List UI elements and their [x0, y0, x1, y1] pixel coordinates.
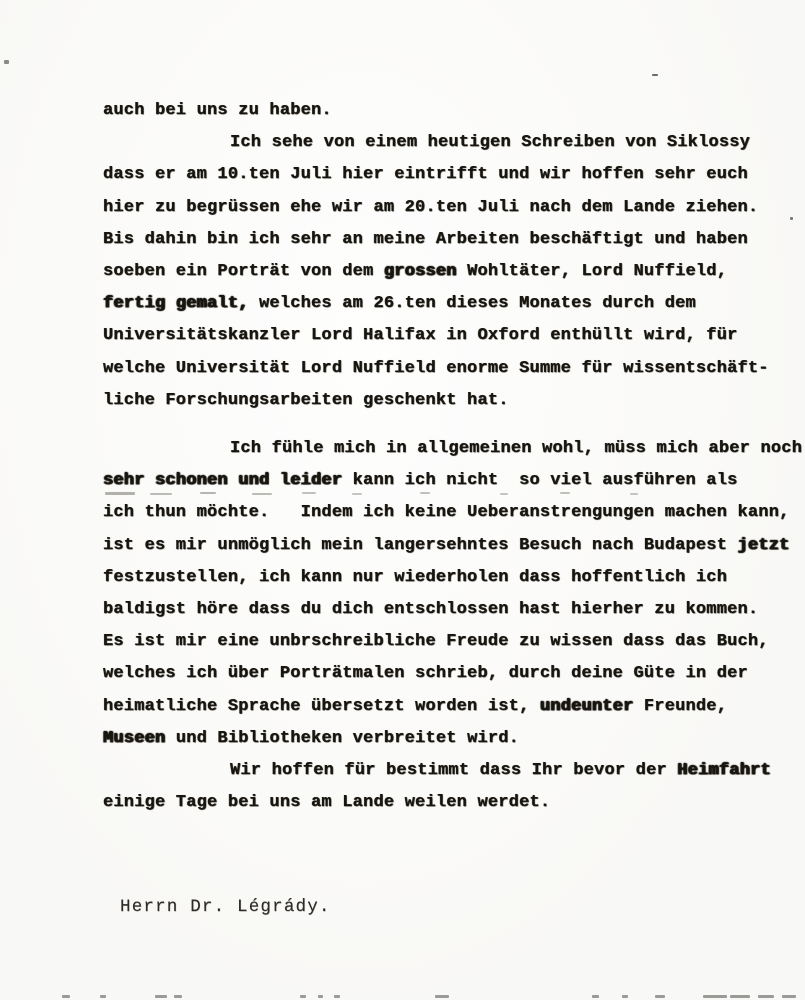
letter-text-segment: baldigst höre dass du dich entschlossen …	[103, 600, 758, 619]
bottom-edge-dash	[435, 995, 449, 998]
bottom-edge-dash	[655, 995, 665, 998]
letter-line: welche Universität Lord Nuffield enorme …	[103, 353, 803, 385]
overstruck-text-segment: fertig gemalt,	[103, 294, 249, 313]
bottom-edge-dash	[782, 995, 796, 998]
scan-speck	[252, 493, 272, 495]
bottom-edge-dash	[334, 995, 340, 998]
scan-speck	[150, 493, 172, 495]
letter-text-segment: ich thun möchte. Indem ich keine Ueberan…	[103, 503, 790, 522]
scan-speck	[652, 74, 658, 76]
letter-line: Ich fühle mich in allgemeinen wohl, müss…	[103, 433, 803, 465]
bottom-edge-dash	[703, 995, 727, 998]
bottom-edge-dash	[62, 995, 70, 998]
bottom-edge-dash	[174, 995, 182, 998]
letter-line: ist es mir unmöglich mein langersehntes …	[103, 530, 803, 562]
bottom-edge-dash	[730, 995, 750, 998]
scan-speck	[352, 493, 362, 495]
scan-speck	[420, 492, 430, 494]
letter-text-segment: welches am 26.ten dieses Monates durch d…	[249, 294, 696, 313]
scan-speck	[302, 492, 316, 494]
scan-speck	[4, 60, 9, 64]
letter-line: Es ist mir eine unbrschreibliche Freude …	[103, 626, 803, 658]
letter-text-segment: Ich fühle mich in allgemeinen wohl, müss…	[230, 439, 802, 458]
overstruck-text-segment: undeunter	[540, 697, 634, 716]
letter-line: Museen und Bibliotheken verbreitet wird.	[103, 723, 803, 755]
letter-line: ich thun möchte. Indem ich keine Ueberan…	[103, 497, 803, 529]
letter-text-segment: und Bibliotheken verbreitet wird.	[165, 729, 519, 748]
letter-text-segment: Freunde,	[634, 697, 728, 716]
bottom-edge-dash	[622, 995, 628, 998]
bottom-edge-dash	[300, 995, 306, 998]
bottom-edge-dash	[592, 995, 599, 998]
letter-line: dass er am 10.ten Juli hier eintrifft un…	[103, 159, 803, 191]
overstruck-text-segment: Heimfahrt	[677, 761, 771, 780]
scan-speck	[560, 492, 570, 494]
letter-line: baldigst höre dass du dich entschlossen …	[103, 594, 803, 626]
letter-text-segment: kann ich nicht so viel ausführen als	[342, 471, 737, 490]
letter-line: Universitätskanzler Lord Halifax in Oxfo…	[103, 320, 803, 352]
recipient-line: Herrn Dr. Légrády.	[120, 897, 331, 917]
scan-speck	[105, 492, 135, 495]
letter-body: auch bei uns zu haben.Ich sehe von einem…	[103, 95, 803, 819]
letter-line: welches ich über Porträtmalen schrieb, d…	[103, 658, 803, 690]
letter-line: fertig gemalt, welches am 26.ten dieses …	[103, 288, 803, 320]
letter-line: auch bei uns zu haben.	[103, 95, 803, 127]
scan-speck	[630, 493, 638, 495]
bottom-edge-dash	[155, 995, 167, 998]
bottom-edge-dash	[758, 995, 774, 998]
letter-text-segment: einige Tage bei uns am Lande weilen werd…	[103, 793, 550, 812]
letter-text-segment: hier zu begrüssen ehe wir am 20.ten Juli…	[103, 198, 758, 217]
letter-text-segment: welche Universität Lord Nuffield enorme …	[103, 359, 769, 378]
letter-line: heimatliche Sprache übersetzt worden ist…	[103, 691, 803, 723]
scan-speck	[500, 493, 508, 495]
overstruck-text-segment: jetzt	[738, 536, 790, 555]
letter-line: einige Tage bei uns am Lande weilen werd…	[103, 787, 803, 819]
letter-text-segment: auch bei uns zu haben.	[103, 101, 332, 120]
letter-text-segment: soeben ein Porträt von dem	[103, 262, 384, 281]
letter-text-segment: liche Forschungsarbeiten geschenkt hat.	[103, 391, 509, 410]
letter-line: Bis dahin bin ich sehr an meine Arbeiten…	[103, 224, 803, 256]
letter-text-segment: dass er am 10.ten Juli hier eintrifft un…	[103, 165, 748, 184]
letter-text-segment: Es ist mir eine unbrschreibliche Freude …	[103, 632, 769, 651]
letter-line: liche Forschungsarbeiten geschenkt hat.	[103, 385, 803, 417]
letter-text-segment: Wir hoffen für bestimmt dass Ihr bevor d…	[230, 761, 677, 780]
letter-line: hier zu begrüssen ehe wir am 20.ten Juli…	[103, 192, 803, 224]
letter-text-segment: ist es mir unmöglich mein langersehntes …	[103, 536, 738, 555]
letter-text-segment: Ich sehe von einem heutigen Schreiben vo…	[230, 133, 750, 152]
letter-line: soeben ein Porträt von dem grossen Wohlt…	[103, 256, 803, 288]
letter-line: Wir hoffen für bestimmt dass Ihr bevor d…	[103, 755, 803, 787]
letter-text-segment: Wohltäter, Lord Nuffield,	[457, 262, 727, 281]
letter-line: festzustellen, ich kann nur wiederholen …	[103, 562, 803, 594]
bottom-edge-dash	[100, 995, 106, 998]
overstruck-text-segment: grossen	[384, 262, 457, 281]
scan-speck	[200, 492, 216, 494]
overstruck-text-segment: sehr schonen und leider	[103, 471, 342, 490]
letter-line: Ich sehe von einem heutigen Schreiben vo…	[103, 127, 803, 159]
scan-speck	[790, 217, 793, 220]
bottom-edge-dash	[318, 995, 323, 998]
overstruck-text-segment: Museen	[103, 729, 165, 748]
letter-text-segment: Bis dahin bin ich sehr an meine Arbeiten…	[103, 230, 748, 249]
letter-text-segment: festzustellen, ich kann nur wiederholen …	[103, 568, 727, 587]
letter-text-segment: Universitätskanzler Lord Halifax in Oxfo…	[103, 326, 738, 345]
letter-text-segment: heimatliche Sprache übersetzt worden ist…	[103, 697, 540, 716]
letter-text-segment: welches ich über Porträtmalen schrieb, d…	[103, 664, 748, 683]
scanned-letter-page: auch bei uns zu haben.Ich sehe von einem…	[0, 0, 805, 1000]
